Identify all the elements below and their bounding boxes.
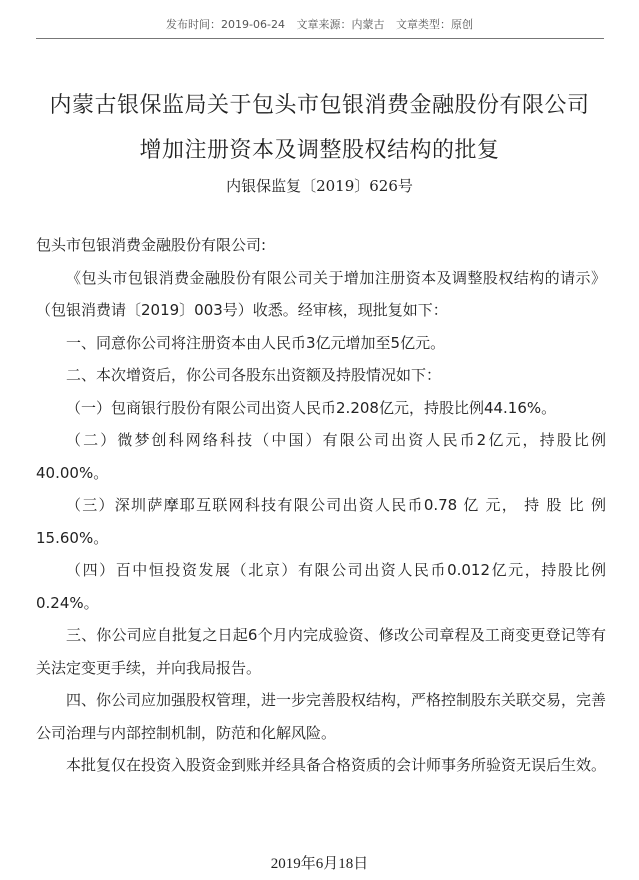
article-meta: 发布时间：2019-06-24 文章来源：内蒙古 文章类型：原创 (0, 16, 639, 32)
signature-date: 2019年6月18日 (0, 852, 639, 873)
shareholder-1: （一）包商银行股份有限公司出资人民币2.208亿元，持股比例44.16%。 (36, 392, 606, 425)
shareholder-3: （三）深圳萨摩耶互联网科技有限公司出资人民币0.78 亿 元， 持 股 比 例1… (36, 489, 606, 554)
article-source: 文章来源：内蒙古 (296, 18, 384, 31)
document-title-line2: 增加注册资本及调整股权结构的批复 (0, 133, 639, 164)
shareholder-4: （四）百中恒投资发展（北京）有限公司出资人民币0.012亿元，持股比例0.24%… (36, 554, 606, 619)
header-divider (36, 38, 604, 39)
item-3: 三、你公司应自批复之日起6个月内完成验资、修改公司章程及工商变更登记等有关法定变… (36, 619, 606, 684)
item-4: 四、你公司应加强股权管理，进一步完善股权结构，严格控制股东关联交易，完善公司治理… (36, 684, 606, 749)
document-body: 包头市包银消费金融股份有限公司: 《包头市包银消费金融股份有限公司关于增加注册资… (36, 229, 606, 782)
article-type: 文章类型：原创 (396, 18, 473, 31)
addressee: 包头市包银消费金融股份有限公司: (36, 229, 606, 262)
shareholder-2: （二）微梦创科网络科技（中国）有限公司出资人民币2亿元，持股比例40.00%。 (36, 424, 606, 489)
closing-paragraph: 本批复仅在投资入股资金到账并经具备合格资质的会计师事务所验资无误后生效。 (36, 749, 606, 782)
item-2: 二、本次增资后，你公司各股东出资额及持股情况如下： (36, 359, 606, 392)
document-title-line1: 内蒙古银保监局关于包头市包银消费金融股份有限公司 (0, 88, 639, 119)
publish-time: 发布时间：2019-06-24 (166, 18, 285, 31)
intro-paragraph: 《包头市包银消费金融股份有限公司关于增加注册资本及调整股权结构的请示》（包银消费… (36, 262, 606, 327)
item-1: 一、同意你公司将注册资本由人民币3亿元增加至5亿元。 (36, 327, 606, 360)
document-number: 内银保监复〔2019〕626号 (0, 175, 639, 196)
